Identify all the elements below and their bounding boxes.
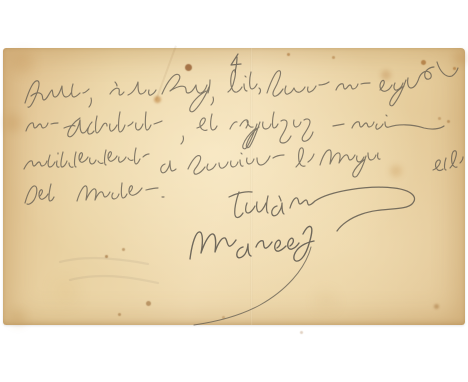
- photo-background: 4 parats, à tes Dars, dites lui mon resp…: [0, 0, 468, 382]
- letter-paper: [3, 48, 465, 325]
- stain-blotches: [3, 48, 9, 54]
- paper-crease-vertical: [250, 48, 253, 325]
- transcription-page-number: 4: [0, 0, 1, 1]
- paper-crease-diagonal: [155, 45, 177, 100]
- transcription: 4 parats, à tes Dars, dites lui mon resp…: [0, 0, 1, 1]
